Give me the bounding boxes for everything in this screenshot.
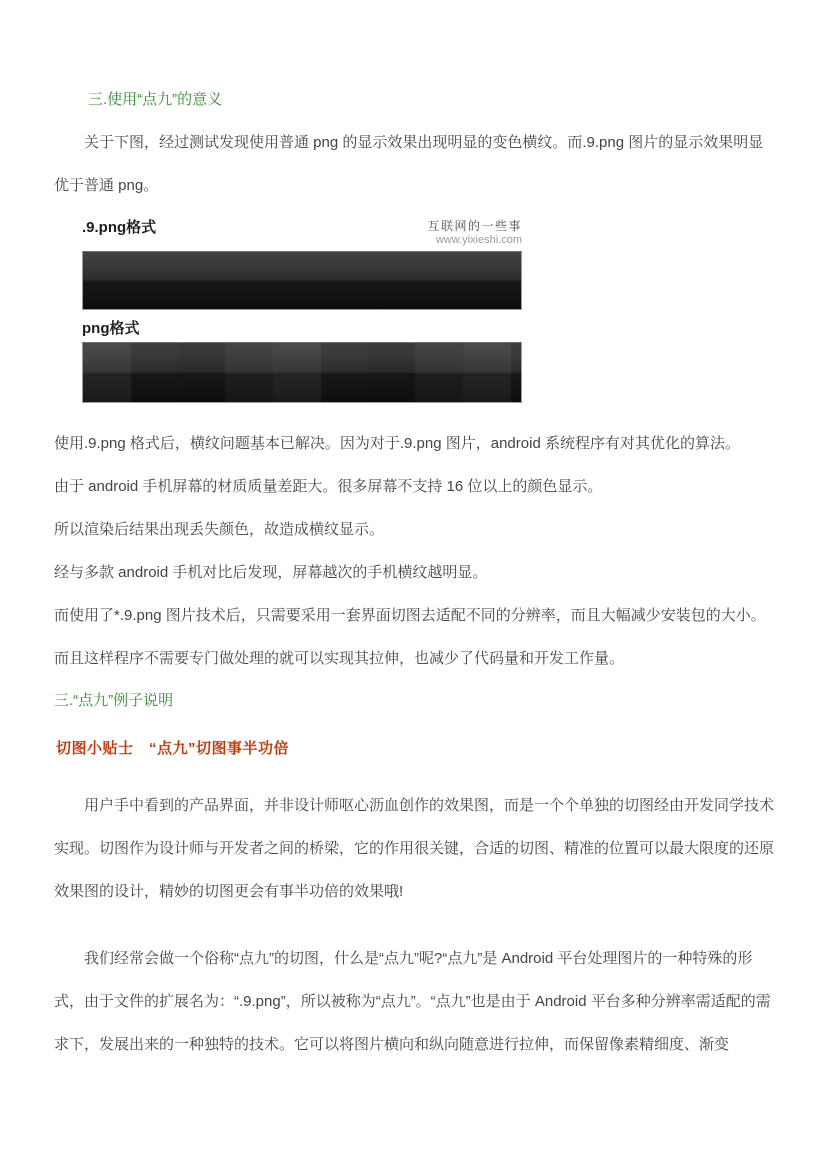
section-heading-meaning: 三.使用“点九”的意义	[88, 78, 222, 121]
section-heading-examples: 三.“点九”例子说明	[54, 679, 173, 722]
watermark-site-url: www.yixieshi.com	[427, 234, 522, 248]
png-format-label: png格式	[82, 320, 522, 338]
gradient-bar-png-image	[82, 342, 522, 403]
analysis-paragraph: 所以渲染后结果出现丢失颜色，故造成横纹显示。	[54, 508, 780, 551]
intro-paragraph: 关于下图，经过测试发现使用普通 png 的显示效果出现明显的变色横纹。而.9.p…	[54, 121, 774, 207]
watermark-site-name: 互联网的一些事	[427, 219, 522, 234]
analysis-paragraph: 使用.9.png 格式后，横纹问题基本已解决。因为对于.9.png 图片，and…	[54, 422, 780, 465]
analysis-paragraph: 由于 android 手机屏幕的材质质量差距大。很多屏幕不支持 16 位以上的颜…	[54, 465, 780, 508]
analysis-paragraph: 而使用了*.9.png 图片技术后，只需要采用一套界面切图去适配不同的分辨率，而…	[54, 594, 780, 680]
document-page: 三.使用“点九”的意义 关于下图，经过测试发现使用普通 png 的显示效果出现明…	[0, 0, 827, 1169]
watermark: 互联网的一些事 www.yixieshi.com	[427, 219, 522, 248]
tip-heading: 切图小贴士 “点九”切图事半功倍	[56, 727, 289, 770]
comparison-figure: .9.png格式 互联网的一些事 www.yixieshi.com png格式	[82, 219, 522, 403]
tip-paragraph-1: 用户手中看到的产品界面，并非设计师呕心沥血创作的效果图，而是一个个单独的切图经由…	[54, 784, 776, 913]
analysis-paragraphs: 使用.9.png 格式后，横纹问题基本已解决。因为对于.9.png 图片，and…	[54, 422, 780, 680]
gradient-bar-ninepatch-image	[82, 251, 522, 310]
analysis-paragraph: 经与多款 android 手机对比后发现，屏幕越次的手机横纹越明显。	[54, 551, 780, 594]
figure-header: .9.png格式 互联网的一些事 www.yixieshi.com	[82, 219, 522, 251]
tip-paragraph-2: 我们经常会做一个俗称“点九”的切图，什么是“点九”呢?“点九”是 Android…	[54, 937, 776, 1066]
ninepatch-format-label: .9.png格式	[82, 219, 156, 237]
